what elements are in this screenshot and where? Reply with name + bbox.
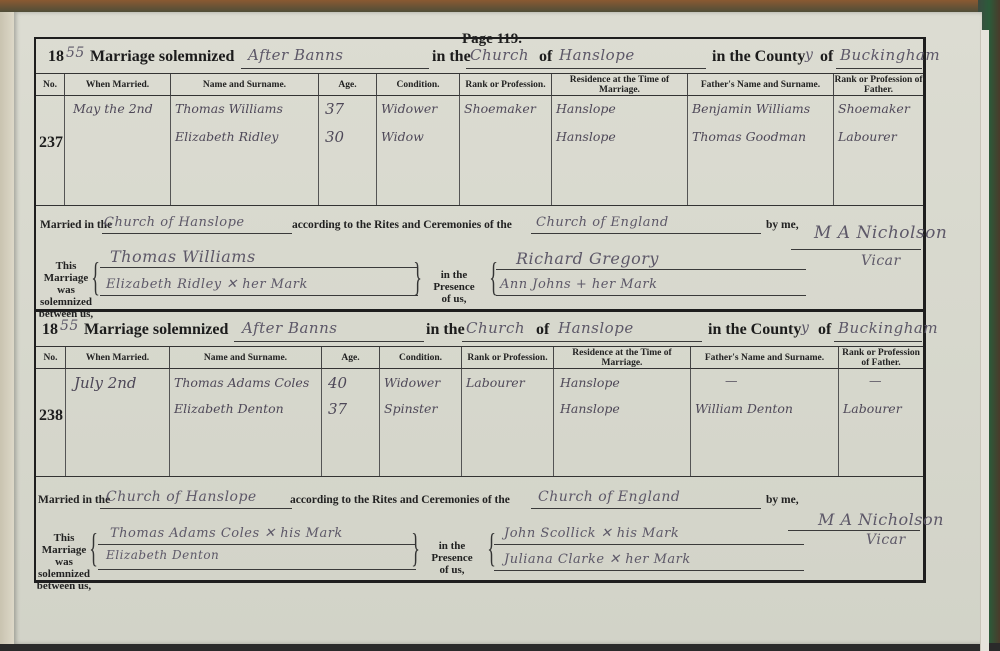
- page-edge: [980, 30, 989, 651]
- left-brace: {: [489, 257, 498, 297]
- rites-of: Church of England: [536, 215, 669, 230]
- groom-name: Thomas Williams: [175, 101, 283, 116]
- solemnized-by: After Banns: [242, 319, 337, 337]
- book-cover-bottom: [0, 643, 1000, 651]
- by-me-label: by me,: [766, 494, 799, 506]
- label-line: was: [38, 284, 94, 296]
- col-header-rank: Rank or Profession.: [462, 347, 554, 369]
- cell-names: Thomas Williams Elizabeth Ridley: [171, 96, 319, 206]
- year-prefix: 18: [48, 48, 64, 66]
- cell-no: 238: [36, 369, 66, 477]
- cell-ranks: Shoemaker: [460, 96, 552, 206]
- underline: [100, 508, 292, 509]
- bride-age: 30: [325, 128, 344, 146]
- col-header-father-rank: Rank or Profession of Father.: [834, 74, 923, 96]
- bride-condition: Widow: [381, 129, 424, 144]
- marriage-record-238: 18 55 Marriage solemnized After Banns in…: [34, 310, 926, 583]
- cell-names: Thomas Adams Coles Elizabeth Denton: [170, 369, 322, 477]
- groom-condition: Widower: [381, 101, 437, 116]
- underline: [834, 341, 922, 342]
- groom-condition: Widower: [384, 375, 440, 390]
- col-header-no: No.: [36, 74, 65, 96]
- groom-residence: Hanslope: [556, 101, 616, 116]
- cell-father-ranks: — Labourer: [839, 369, 923, 477]
- marriage-solemnized-label: Marriage solemnized: [90, 48, 234, 66]
- underline: [241, 68, 429, 69]
- record-table: No. When Married. Name and Surname. Age.…: [36, 73, 923, 206]
- witness-2: Juliana Clarke ✕ her Mark: [504, 552, 691, 567]
- solemnized-by: After Banns: [248, 46, 343, 64]
- underline: [466, 68, 706, 69]
- underline: [496, 295, 806, 296]
- col-header-rank: Rank or Profession.: [460, 74, 552, 96]
- col-header-residence: Residence at the Time of Marriage.: [552, 74, 688, 96]
- county-suffix: y: [805, 47, 813, 63]
- section-divider: [36, 476, 923, 477]
- of-county-label: of: [820, 48, 833, 66]
- this-marriage-label: This Marriage was solemnized between us,: [36, 532, 92, 592]
- cell-residences: Hanslope Hanslope: [552, 96, 688, 206]
- cell-conditions: Widower Spinster: [380, 369, 462, 477]
- underline: [494, 544, 804, 545]
- bride-condition: Spinster: [384, 401, 437, 416]
- marriage-record-237: 18 55 Marriage solemnized After Banns in…: [34, 37, 926, 311]
- record-table: No. When Married. Name and Surname. Age.…: [36, 346, 923, 477]
- underline: [234, 341, 424, 342]
- underline: [494, 570, 804, 571]
- cell-residences: Hanslope Hanslope: [554, 369, 691, 477]
- groom-father: Benjamin Williams: [692, 101, 810, 116]
- when-married: July 2nd: [74, 374, 137, 392]
- left-brace: {: [91, 257, 100, 297]
- label-line: in the: [426, 540, 478, 552]
- col-header-name: Name and Surname.: [171, 74, 319, 96]
- underline: [791, 249, 921, 250]
- label-line: This Marriage: [36, 532, 92, 556]
- groom-age: 40: [328, 374, 347, 392]
- in-presence-label: in the Presence of us,: [428, 269, 480, 305]
- label-line: of us,: [426, 564, 478, 576]
- according-to-label: according to the Rites and Ceremonies of…: [292, 219, 512, 231]
- by-me-label: by me,: [766, 219, 799, 231]
- underline: [531, 508, 761, 509]
- witness-1: John Scollick ✕ his Mark: [504, 526, 679, 541]
- party-signature-1: Thomas Adams Coles ✕ his Mark: [110, 526, 343, 541]
- col-header-father-rank: Rank or Profession of Father.: [839, 347, 923, 369]
- label-line: This Marriage: [38, 260, 94, 284]
- in-the-label: in the: [432, 48, 471, 66]
- of-label: of: [536, 321, 549, 339]
- underline: [98, 569, 416, 570]
- groom-age: 37: [325, 100, 344, 118]
- col-header-no: No.: [36, 347, 66, 369]
- underline: [100, 267, 418, 268]
- rites-of: Church of England: [538, 489, 680, 505]
- marriage-solemnized-label: Marriage solemnized: [84, 321, 228, 339]
- col-header-father: Father's Name and Surname.: [688, 74, 834, 96]
- section-divider: [36, 205, 923, 206]
- building: Church: [470, 46, 529, 64]
- witness-2: Ann Johns + her Mark: [500, 277, 657, 292]
- county: Buckingham: [840, 46, 940, 64]
- groom-residence: Hanslope: [560, 375, 620, 390]
- county-suffix: y: [801, 320, 809, 336]
- underline: [496, 269, 806, 270]
- cell-when-married: July 2nd: [66, 369, 170, 477]
- right-brace: }: [411, 528, 420, 568]
- parish: Hanslope: [559, 46, 635, 64]
- when-married: May the 2nd: [73, 101, 153, 116]
- label-line: of us,: [428, 293, 480, 305]
- groom-father: —: [725, 373, 738, 388]
- married-in: Church of Hanslope: [106, 489, 257, 505]
- groom-father-rank: Shoemaker: [838, 101, 910, 116]
- year-suffix: 55: [66, 45, 85, 61]
- underline: [836, 68, 922, 69]
- according-to-label: according to the Rites and Ceremonies of…: [290, 494, 510, 506]
- previous-page-edge: [0, 12, 15, 644]
- col-header-name: Name and Surname.: [170, 347, 322, 369]
- cell-ranks: Labourer: [462, 369, 554, 477]
- of-county-label: of: [818, 321, 831, 339]
- bride-name: Elizabeth Ridley: [175, 129, 278, 144]
- underline: [102, 233, 292, 234]
- label-line: Presence: [428, 281, 480, 293]
- in-the-label: in the: [426, 321, 465, 339]
- of-label: of: [539, 48, 552, 66]
- building: Church: [466, 319, 525, 337]
- cell-no: 237: [36, 96, 65, 206]
- bride-name: Elizabeth Denton: [174, 401, 284, 416]
- label-line: solemnized: [36, 568, 92, 580]
- entry-number: 237: [39, 134, 63, 152]
- cell-ages: 40 37: [322, 369, 380, 477]
- party-signature-2: Elizabeth Denton: [106, 548, 219, 562]
- col-header-condition: Condition.: [380, 347, 462, 369]
- bride-father: Thomas Goodman: [692, 129, 806, 144]
- col-header-condition: Condition.: [377, 74, 460, 96]
- bride-age: 37: [328, 400, 347, 418]
- bride-residence: Hanslope: [556, 129, 616, 144]
- officiant-signature: M A Nicholson: [818, 510, 944, 529]
- witness-1: Richard Gregory: [516, 249, 659, 268]
- underline: [100, 295, 418, 296]
- groom-rank: Labourer: [466, 375, 525, 390]
- cell-fathers: — William Denton: [691, 369, 839, 477]
- in-presence-label: in the Presence of us,: [426, 540, 478, 576]
- underline: [462, 341, 702, 342]
- groom-name: Thomas Adams Coles: [174, 375, 309, 390]
- officiant-title: Vicar: [861, 253, 901, 269]
- cell-when-married: May the 2nd: [65, 96, 171, 206]
- cell-fathers: Benjamin Williams Thomas Goodman: [688, 96, 834, 206]
- married-in-label: Married in the: [40, 219, 112, 231]
- col-header-residence: Residence at the Time of Marriage.: [554, 347, 691, 369]
- bride-father: William Denton: [695, 401, 793, 416]
- cell-father-ranks: Shoemaker Labourer: [834, 96, 923, 206]
- register-page: Page 119. 18 55 Marriage solemnized Afte…: [14, 12, 982, 644]
- label-line: solemnized: [38, 296, 94, 308]
- year-prefix: 18: [42, 321, 58, 339]
- officiant-signature: M A Nicholson: [814, 223, 947, 243]
- bride-residence: Hanslope: [560, 401, 620, 416]
- left-brace: {: [89, 528, 98, 568]
- married-in: Church of Hanslope: [104, 215, 245, 230]
- col-header-when-married: When Married.: [66, 347, 170, 369]
- label-line: between us,: [36, 580, 92, 592]
- underline: [531, 233, 761, 234]
- groom-father-rank: —: [869, 373, 882, 388]
- col-header-father: Father's Name and Surname.: [691, 347, 839, 369]
- party-signature-2: Elizabeth Ridley ✕ her Mark: [106, 277, 308, 292]
- party-signature-1: Thomas Williams: [110, 247, 256, 266]
- label-line: Presence: [426, 552, 478, 564]
- label-line: was: [36, 556, 92, 568]
- bride-father-rank: Labourer: [843, 401, 902, 416]
- year-suffix: 55: [60, 318, 79, 334]
- col-header-age: Age.: [322, 347, 380, 369]
- record-title-line: 18 55 Marriage solemnized After Banns in…: [36, 312, 923, 348]
- groom-rank: Shoemaker: [464, 101, 536, 116]
- underline: [788, 530, 920, 531]
- cell-conditions: Widower Widow: [377, 96, 460, 206]
- bride-father-rank: Labourer: [838, 129, 897, 144]
- underline: [98, 544, 416, 545]
- left-brace: {: [487, 528, 496, 568]
- right-brace: }: [413, 257, 422, 297]
- entry-number: 238: [39, 407, 63, 425]
- married-in-label: Married in the: [38, 494, 110, 506]
- in-the-county-label: in the County: [708, 321, 801, 339]
- col-header-when-married: When Married.: [65, 74, 171, 96]
- record-title-line: 18 55 Marriage solemnized After Banns in…: [36, 39, 923, 75]
- in-the-county-label: in the County: [712, 48, 805, 66]
- county: Buckingham: [838, 319, 938, 337]
- cell-ages: 37 30: [319, 96, 377, 206]
- parish: Hanslope: [558, 319, 634, 337]
- officiant-title: Vicar: [866, 532, 906, 548]
- label-line: in the: [428, 269, 480, 281]
- col-header-age: Age.: [319, 74, 377, 96]
